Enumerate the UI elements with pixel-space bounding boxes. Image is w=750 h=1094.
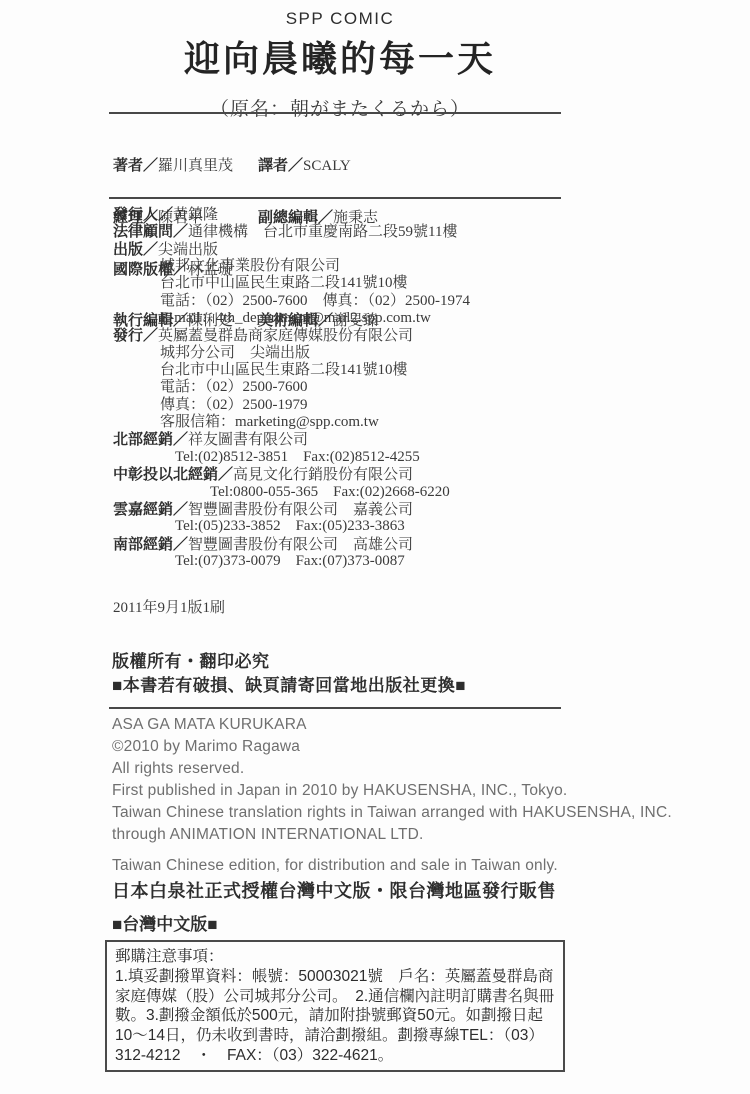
credit-row: 著者／羅川真里茂 bbox=[113, 157, 233, 175]
distributor-line: 南部經銷／智豐圖書股份有限公司 高雄公司 bbox=[113, 536, 470, 553]
original-title: （原名：朝がまたくるから） bbox=[0, 94, 680, 121]
publishing-line: 出版／尖端出版 bbox=[113, 241, 470, 258]
publishing-line: 電話：（02）2500-7600 bbox=[113, 379, 470, 396]
first-published-line: First published in Japan in 2010 by HAKU… bbox=[112, 780, 672, 802]
taiwan-edition-english: Taiwan Chinese edition, for distribution… bbox=[112, 857, 558, 875]
distributor-line: 雲嘉經銷／智豐圖書股份有限公司 嘉義公司 bbox=[113, 501, 470, 518]
publishing-line: 台北市中山區民生東路二段141號10樓 bbox=[113, 275, 470, 292]
credit-row: 譯者／SCALY bbox=[258, 157, 378, 175]
mail-order-line: 1.填妥劃撥單資料：帳號：50003021號 戶名：英屬蓋曼群島商 bbox=[115, 967, 555, 987]
mail-order-box: 郵購注意事項： 1.填妥劃撥單資料：帳號：50003021號 戶名：英屬蓋曼群島… bbox=[105, 940, 565, 1072]
copyright-year-author: ©2010 by Marimo Ragawa bbox=[112, 736, 672, 758]
distributor-phone-line: Tel:(05)233-3852 Fax:(05)233-3863 bbox=[113, 518, 470, 535]
mail-order-line: 10～14日，仍未收到書時，請洽劃撥組。劃撥專線TEL：（03） bbox=[115, 1026, 555, 1046]
publishing-line: 傳真：（02）2500-1979 bbox=[113, 397, 470, 414]
publishing-line-service-email: 客服信箱：marketing@spp.com.tw bbox=[113, 414, 470, 431]
taiwan-edition-chinese: 日本白泉社正式授權台灣中文版・限台灣地區發行販售 bbox=[112, 877, 556, 903]
distributor-line: 中彰投以北經銷／高見文化行銷股份有限公司 bbox=[113, 466, 470, 483]
mail-order-line: 數。3.劃撥金額低於500元，請加附掛號郵資50元。如劃撥日起 bbox=[115, 1006, 555, 1026]
distributor-phone-line: Tel:0800-055-365 Fax:(02)2668-6220 bbox=[113, 484, 470, 501]
publishing-line: 發行人／黃鎮隆 bbox=[113, 206, 470, 223]
publishing-line: 台北市中山區民生東路二段141號10樓 bbox=[113, 362, 470, 379]
translation-rights-line: Taiwan Chinese translation rights in Tai… bbox=[112, 802, 672, 824]
through-line: through ANIMATION INTERNATIONAL LTD. bbox=[112, 824, 672, 846]
edition-date: 2011年9月1版1刷 bbox=[113, 600, 225, 617]
publishing-line: 電話：（02）2500-7600 傳真：（02）2500-1974 bbox=[113, 293, 470, 310]
mail-order-heading: 郵購注意事項： bbox=[115, 947, 555, 967]
imprint-label: SPP COMIC bbox=[0, 9, 680, 29]
damaged-book-notice: ■本書若有破損、缺頁請寄回當地出版社更換■ bbox=[112, 674, 466, 698]
distributor-phone-line: Tel:(02)8512-3851 Fax:(02)8512-4255 bbox=[113, 449, 470, 466]
publishing-block: 發行人／黃鎮隆 法律顧問／通律機構 台北市重慶南路二段59號11樓 出版／尖端出… bbox=[113, 206, 470, 570]
distributor-line: 北部經銷／祥友圖書有限公司 bbox=[113, 431, 470, 448]
header: SPP COMIC 迎向晨曦的每一天 （原名：朝がまたくるから） bbox=[0, 9, 680, 121]
mail-order-line: 312-4212 ・ FAX：（03）322-4621。 bbox=[115, 1046, 555, 1066]
publishing-line: 城邦分公司 尖端出版 bbox=[113, 345, 470, 362]
publishing-line: 法律顧問／通律機構 台北市重慶南路二段59號11樓 bbox=[113, 223, 470, 240]
english-copyright-block: ASA GA MATA KURUKARA ©2010 by Marimo Rag… bbox=[112, 714, 672, 846]
colophon-page: SPP COMIC 迎向晨曦的每一天 （原名：朝がまたくるから） 著者／羅川真里… bbox=[0, 0, 750, 1094]
rights-reserved: All rights reserved. bbox=[112, 758, 672, 780]
original-title-romaji: ASA GA MATA KURUKARA bbox=[112, 714, 672, 736]
divider-credits bbox=[109, 197, 561, 199]
mail-order-line: 家庭傳媒（股）公司城邦分公司。 2.通信欄內註明訂購書名與冊 bbox=[115, 987, 555, 1007]
publishing-line: 發行／英屬蓋曼群島商家庭傳媒股份有限公司 bbox=[113, 327, 470, 344]
book-title: 迎向晨曦的每一天 bbox=[0, 31, 680, 82]
publishing-line-email: E-mail：4th_department@mail2.spp.com.tw bbox=[113, 310, 470, 327]
copyright-notice: 版權所有・翻印必究 ■本書若有破損、缺頁請寄回當地出版社更換■ bbox=[112, 650, 466, 697]
distributor-phone-line: Tel:(07)373-0079 Fax:(07)373-0087 bbox=[113, 553, 470, 570]
divider-top bbox=[109, 112, 561, 114]
taiwan-edition-badge: ■台灣中文版■ bbox=[112, 910, 218, 935]
copyright-line: 版權所有・翻印必究 bbox=[112, 650, 466, 674]
divider-english bbox=[109, 707, 561, 709]
publishing-line: 城邦文化事業股份有限公司 bbox=[113, 258, 470, 275]
